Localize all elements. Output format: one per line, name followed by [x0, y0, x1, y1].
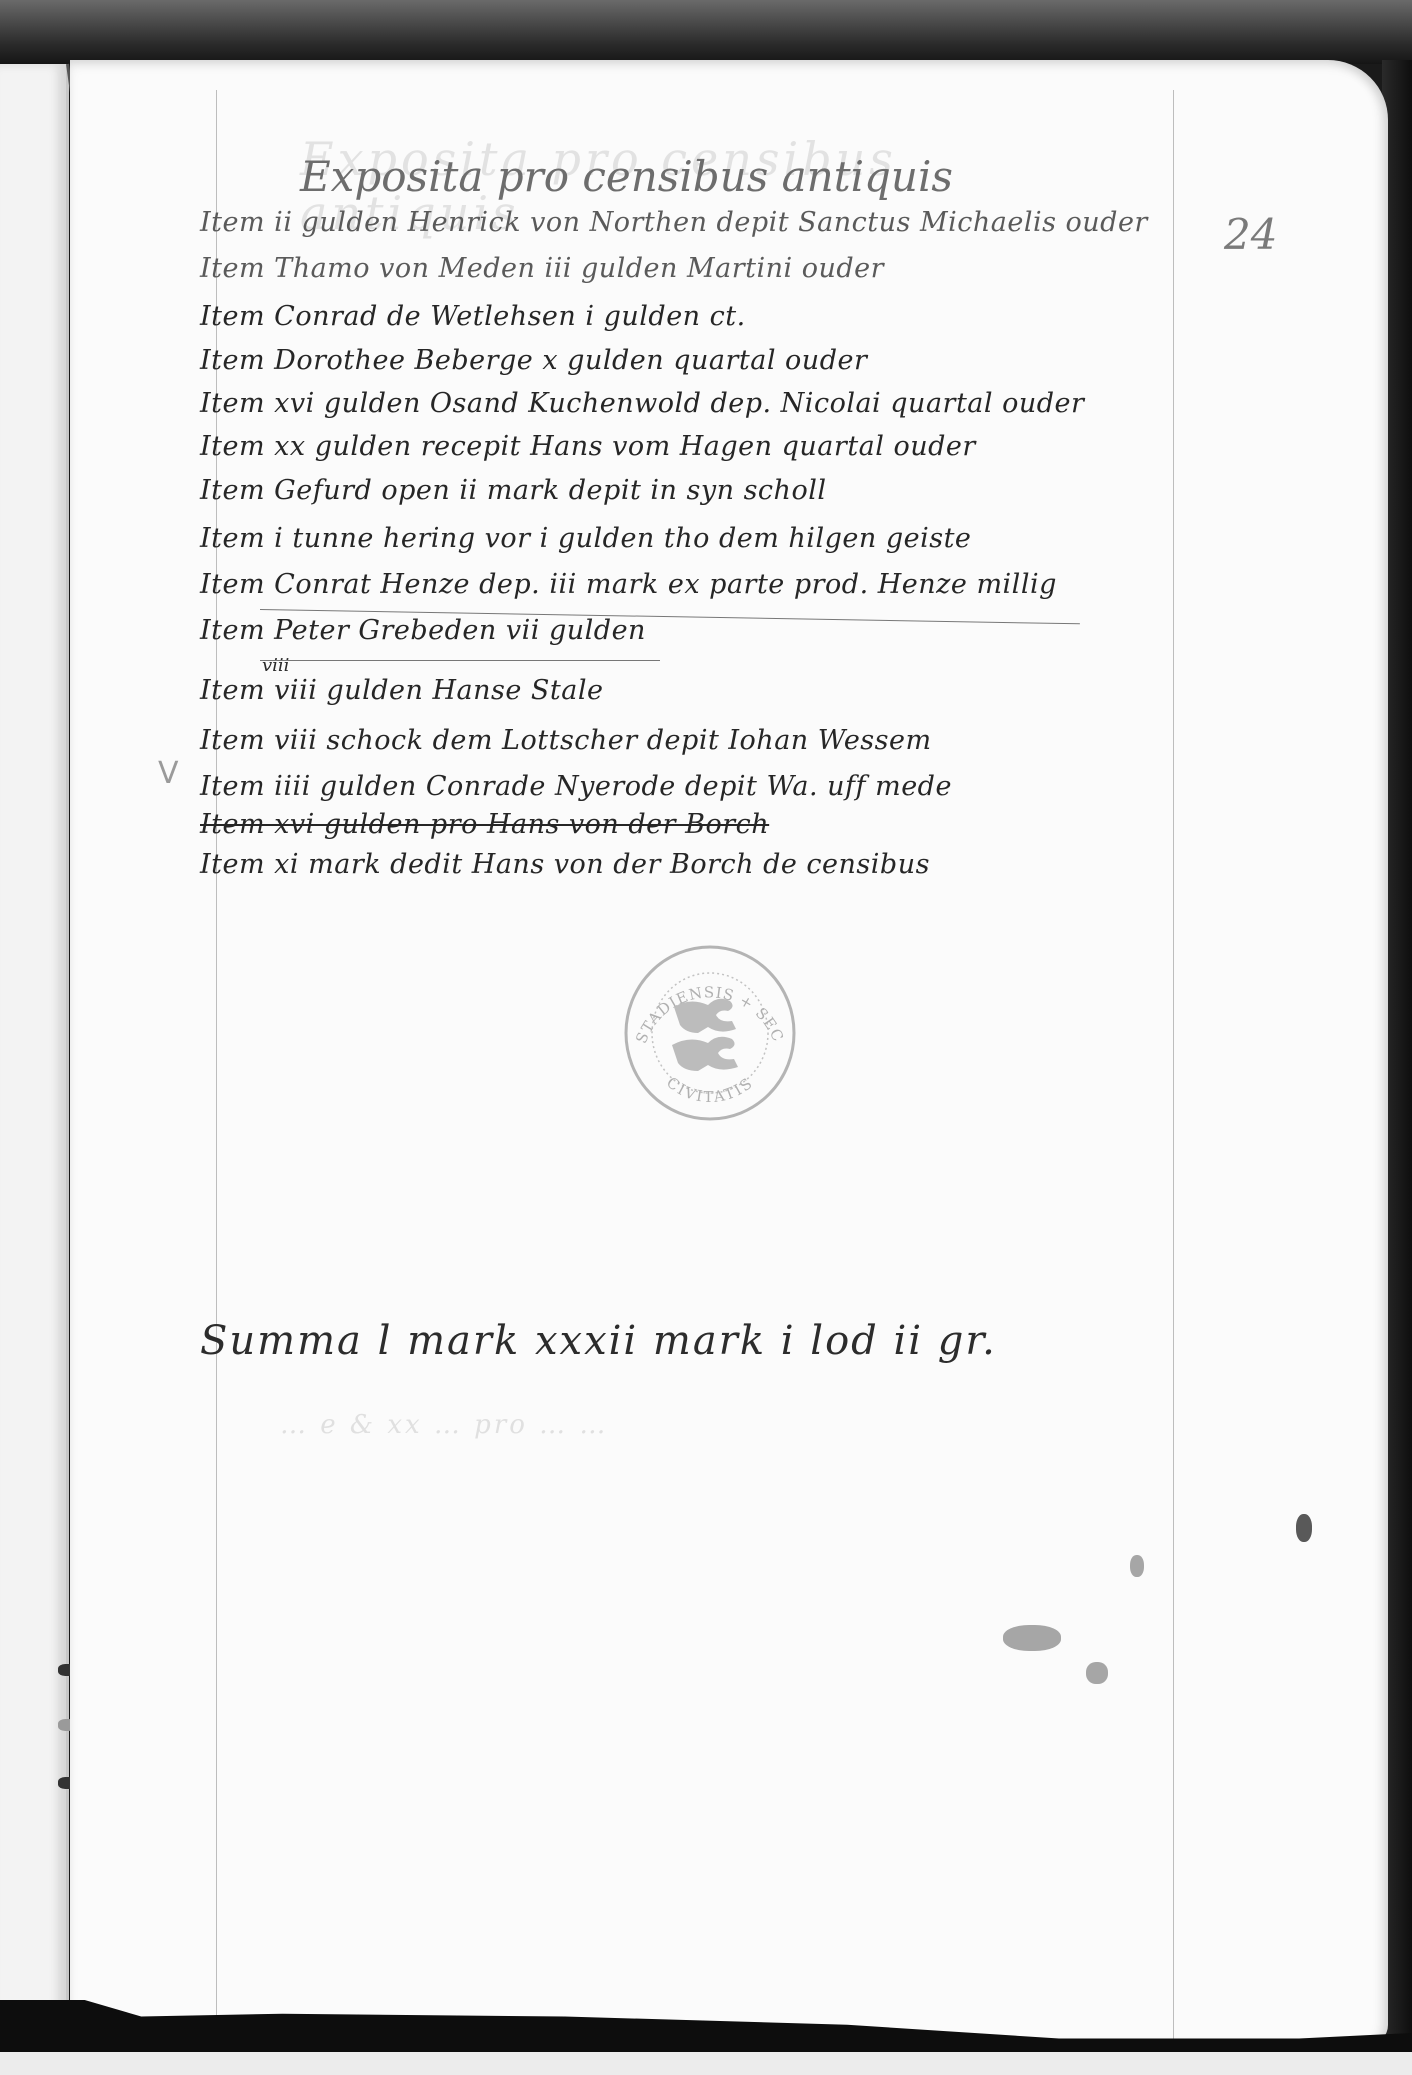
entry-line: Item iiii gulden Conrade Nyerode depit W…: [200, 771, 952, 802]
ink-stain: [1296, 1514, 1312, 1542]
entry-line: Item Peter Grebeden vii gulden: [200, 615, 646, 646]
entry-line: Item Thamo von Meden iii gulden Martini …: [200, 253, 884, 284]
facing-page-edge: [0, 64, 69, 2054]
summary-total: Summa l mark xxxii mark i lod ii gr.: [200, 1318, 997, 1364]
ruling-stroke: [260, 660, 660, 661]
svg-text:DUDERSTADIENSIS + SECRETUM: DUDERSTADIENSIS + SECRETUM: [622, 945, 787, 1046]
library-seal-stamp: DUDERSTADIENSIS + SECRETUM CIVITATIS: [622, 945, 798, 1121]
ink-stain: [1003, 1625, 1061, 1651]
entry-line: Item Gefurd open ii mark depit in syn sc…: [200, 475, 826, 506]
ink-stain: [1130, 1555, 1144, 1577]
margin-check-mark: V: [158, 756, 179, 791]
entry-line: Item xx gulden recepit Hans vom Hagen qu…: [200, 431, 976, 462]
entry-line: Item Conrat Henze dep. iii mark ex parte…: [200, 569, 1057, 600]
entry-line: Item viii schock dem Lottscher depit Ioh…: [200, 725, 932, 756]
entry-line: Item i tunne hering vor i gulden tho dem…: [200, 523, 971, 554]
entry-line: Item xi mark dedit Hans von der Borch de…: [200, 849, 930, 880]
entry-line: Item ii gulden Henrick von Northen depit…: [200, 207, 1148, 238]
entry-line-corrected: Item viii gulden Hanse Stale: [200, 675, 603, 706]
entry-line-struck: Item xvi gulden pro Hans von der Borch: [200, 809, 769, 840]
margin-ruling-right: [1173, 90, 1174, 2040]
page-heading: Exposita pro censibus antiquis: [300, 152, 953, 201]
interlinear-correction: viii: [262, 655, 289, 676]
entry-line: Item Conrad de Wetlehsen i gulden ct.: [200, 301, 746, 332]
scan-background-strip: [0, 2052, 1412, 2075]
entry-line: Item xvi gulden Osand Kuchenwold dep. Ni…: [200, 388, 1084, 419]
margin-ruling-left: [216, 90, 217, 2040]
folio-number: 24: [1224, 210, 1277, 259]
scan-background-top: [0, 0, 1412, 64]
entry-line: Item Dorothee Beberge x gulden quartal o…: [200, 345, 867, 376]
svg-text:CIVITATIS: CIVITATIS: [663, 1073, 757, 1106]
ink-stain: [1086, 1662, 1108, 1684]
show-through-text: … e & xx … pro … …: [280, 1410, 608, 1440]
